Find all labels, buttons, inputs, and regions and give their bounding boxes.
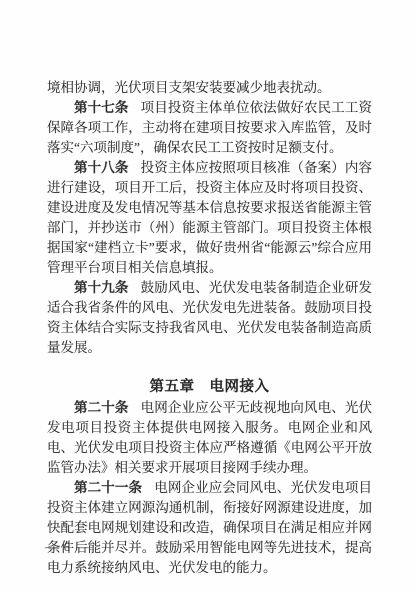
- document-body: 境相协调，光伏项目支架安装要减少地表扰动。 第十七条项目投资主体单位依法做好农民…: [47, 78, 372, 578]
- paragraph-article-19: 第十九条鼓励风电、光伏发电装备制造企业研发适合我省条件的风电、光伏发电先进装备。…: [47, 278, 372, 358]
- document-page: 境相协调，光伏项目支架安装要减少地表扰动。 第十七条项目投资主体单位依法做好农民…: [0, 0, 418, 591]
- article-21-label: 第二十一条: [74, 480, 142, 495]
- paragraph-article-17: 第十七条项目投资主体单位依法做好农民工工资保障各项工作，主动将在建项目按要求入库…: [47, 98, 372, 158]
- article-20-label: 第二十条: [74, 400, 128, 415]
- paragraph-article-21: 第二十一条电网企业应会同风电、光伏发电项目投资主体建立网源沟通机制，衔接好网源建…: [47, 478, 372, 578]
- article-18-text: 投资主体应按照项目核准（备案）内容进行建设，项目开工后，投资主体应及时将项目投资…: [47, 160, 372, 275]
- page-number: — 6 —: [45, 540, 90, 554]
- article-18-label: 第十八条: [74, 160, 128, 175]
- paragraph-continuation: 境相协调，光伏项目支架安装要减少地表扰动。: [47, 78, 372, 98]
- chapter-heading: 第五章 电网接入: [47, 377, 372, 397]
- paragraph-article-20: 第二十条电网企业应公平无歧视地向风电、光伏发电项目投资主体提供电网接入服务。电网…: [47, 398, 372, 478]
- page-footer: — 6 —: [45, 540, 90, 555]
- paragraph-article-18: 第十八条投资主体应按照项目核准（备案）内容进行建设，项目开工后，投资主体应及时将…: [47, 158, 372, 278]
- article-19-label: 第十九条: [74, 280, 128, 295]
- article-17-label: 第十七条: [74, 100, 128, 115]
